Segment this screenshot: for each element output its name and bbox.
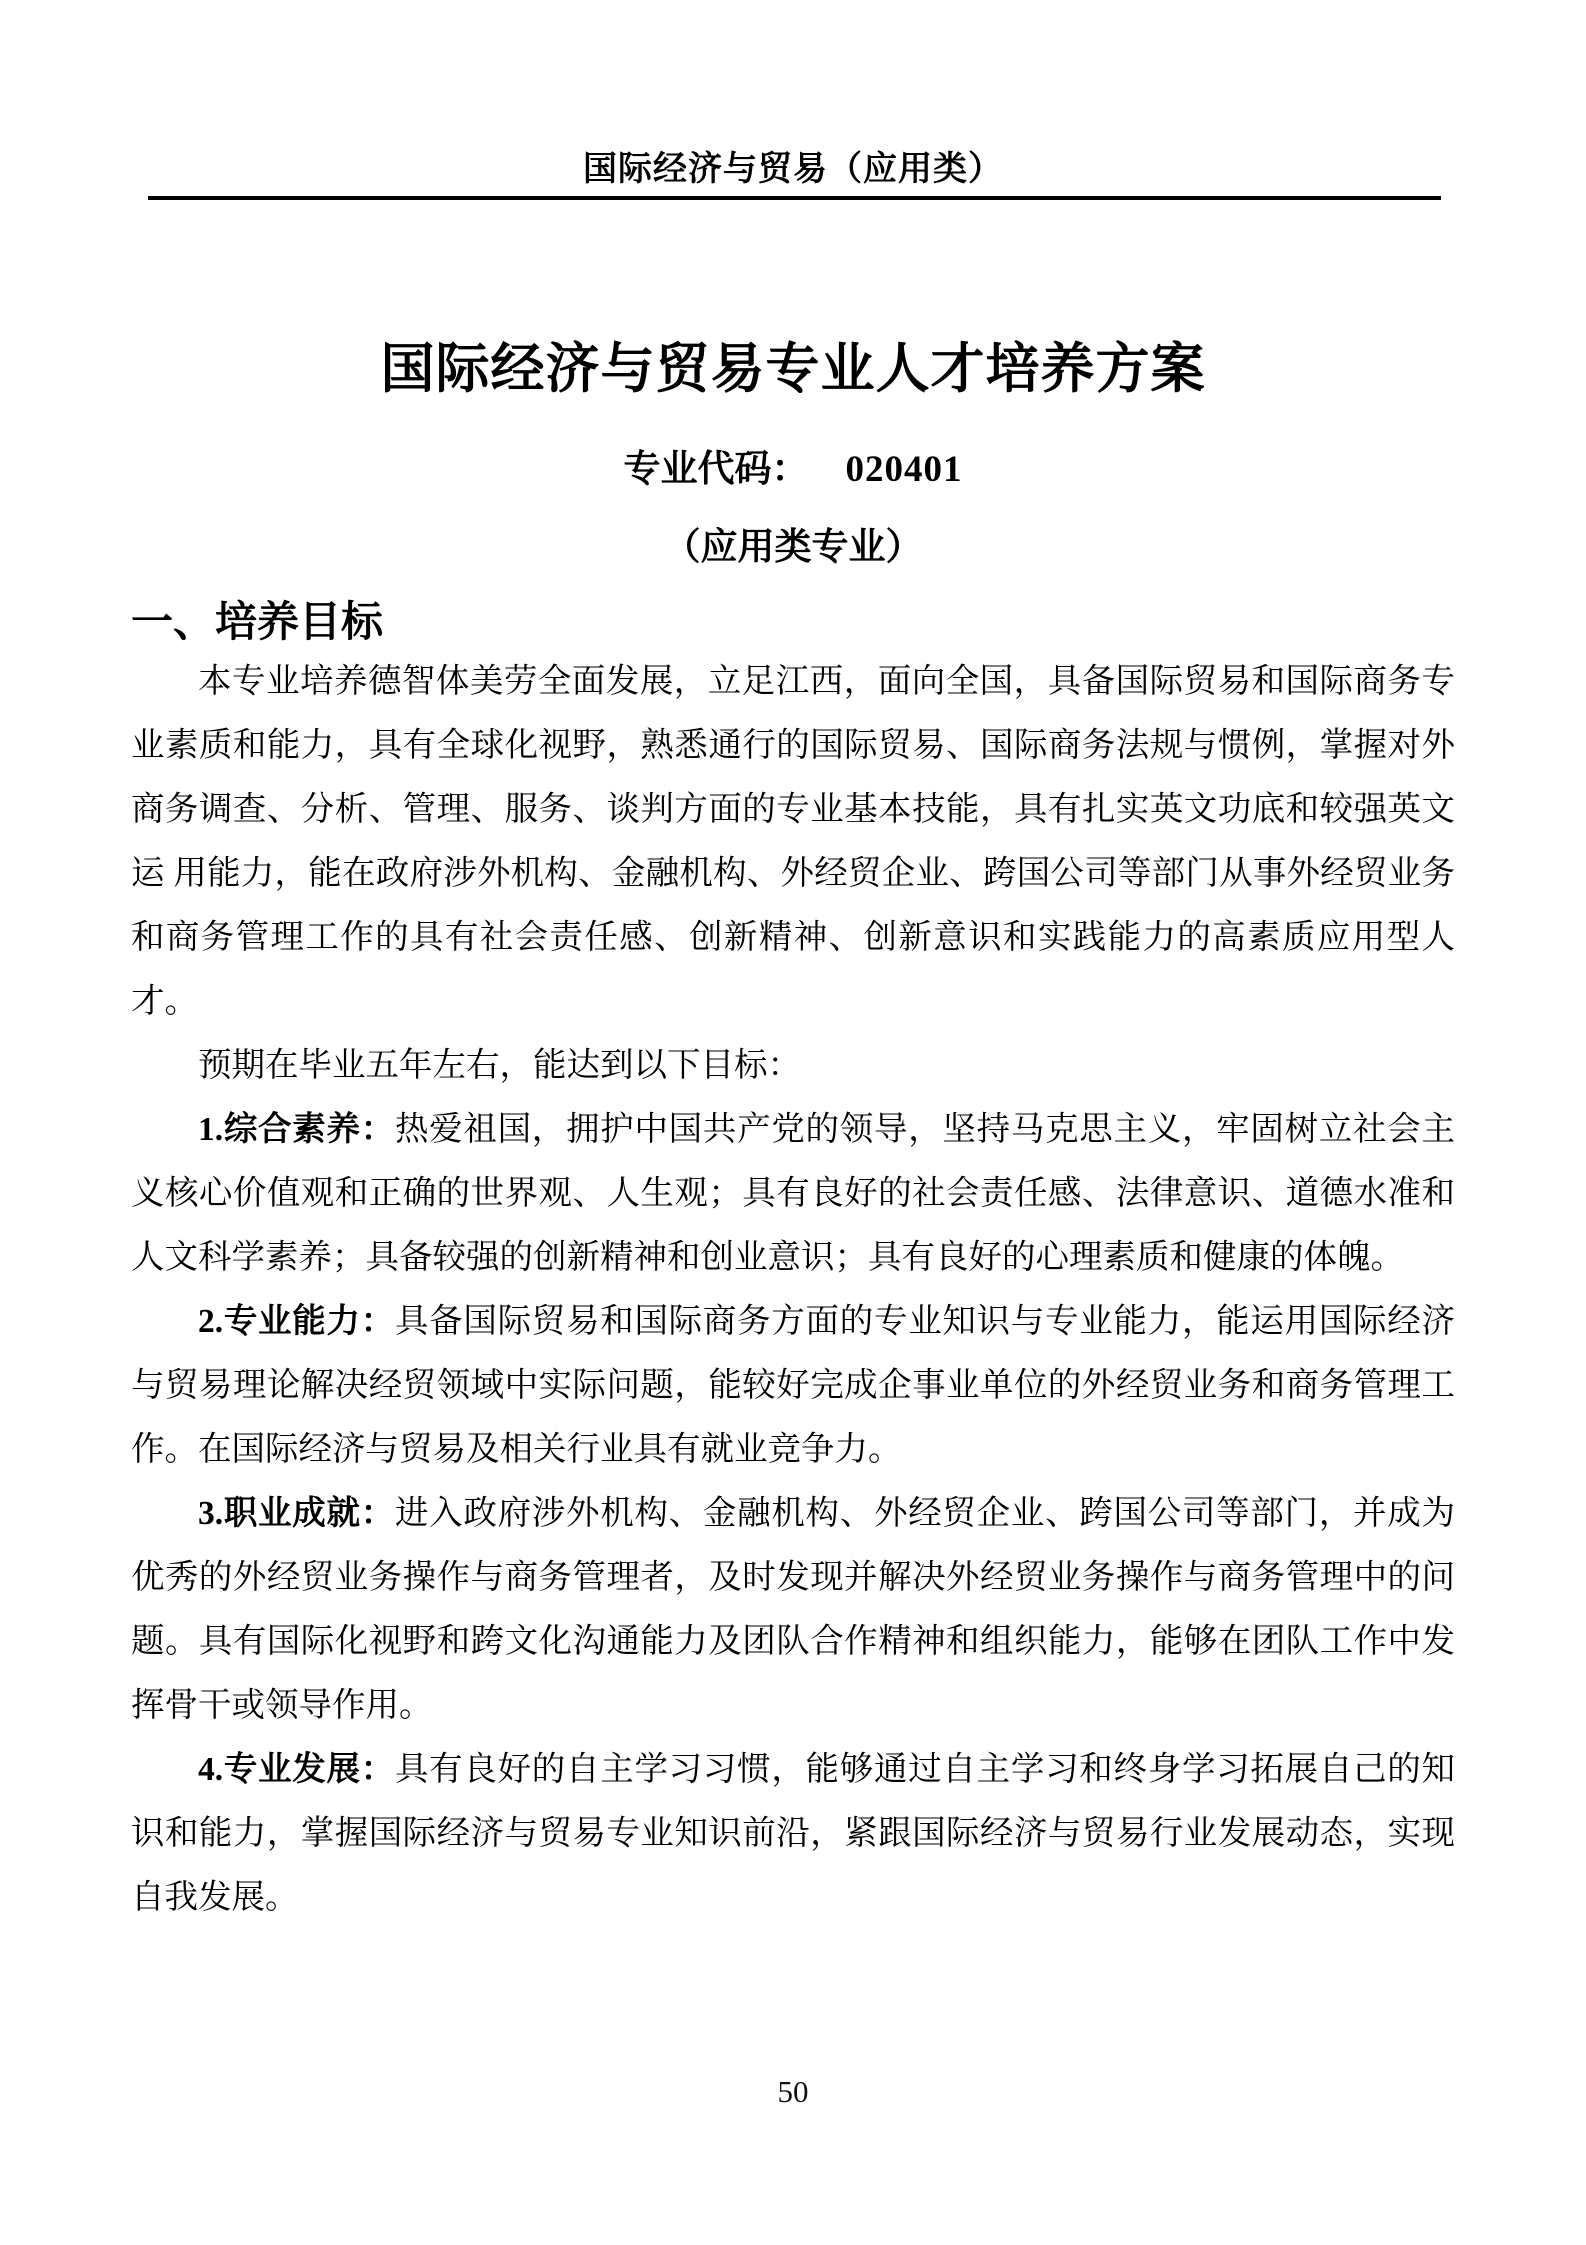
major-code-value: 020401 <box>846 449 963 490</box>
header-divider <box>148 196 1441 200</box>
section-heading: 一、培养目标 <box>131 594 1586 650</box>
section-body: 本专业培养德智体美劳全面发展，立足江西，面向全国，具备国际贸易和国际商务专业素质… <box>131 650 1455 1930</box>
paragraph-lead: 3.职业成就： <box>198 1495 395 1532</box>
running-header: 国际经济与贸易（应用类） <box>0 0 1586 192</box>
body-paragraph: 3.职业成就：进入政府涉外机构、金融机构、外经贸企业、跨国公司等部门，并成为优秀… <box>131 1482 1455 1738</box>
paragraph-lead: 1.综合素养： <box>198 1111 395 1148</box>
body-paragraph: 4.专业发展：具有良好的自主学习习惯，能够通过自主学习和终身学习拓展自己的知识和… <box>131 1738 1455 1930</box>
major-category: （应用类专业） <box>0 524 1586 572</box>
document-page: 国际经济与贸易（应用类） 国际经济与贸易专业人才培养方案 专业代码：020401… <box>0 0 1586 2245</box>
body-paragraph: 预期在毕业五年左右，能达到以下目标： <box>131 1034 1455 1098</box>
body-paragraph: 1.综合素养：热爱祖国，拥护中国共产党的领导，坚持马克思主义，牢固树立社会主义核… <box>131 1098 1455 1290</box>
major-code-line: 专业代码：020401 <box>0 446 1586 494</box>
paragraph-lead: 2.专业能力： <box>198 1303 395 1340</box>
body-paragraph: 2.专业能力：具备国际贸易和国际商务方面的专业知识与专业能力，能运用国际经济与贸… <box>131 1290 1455 1482</box>
major-code-label: 专业代码： <box>624 449 809 490</box>
document-title: 国际经济与贸易专业人才培养方案 <box>0 338 1586 400</box>
page-number: 50 <box>0 2074 1586 2110</box>
body-paragraph: 本专业培养德智体美劳全面发展，立足江西，面向全国，具备国际贸易和国际商务专业素质… <box>131 650 1455 1034</box>
paragraph-lead: 4.专业发展： <box>198 1751 395 1788</box>
